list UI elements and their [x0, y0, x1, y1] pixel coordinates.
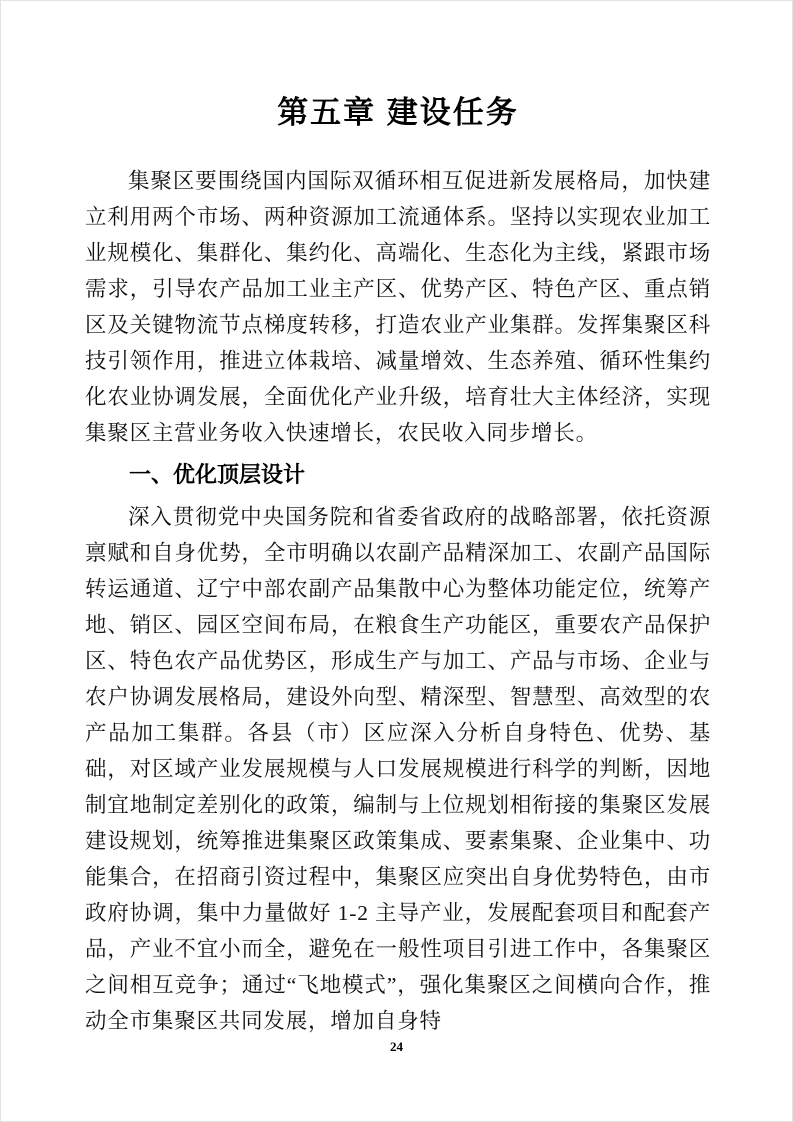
- page-number: 24: [1, 1039, 792, 1055]
- section-heading-1: 一、优化顶层设计: [85, 457, 711, 493]
- document-page: 第五章 建设任务 集聚区要围绕国内国际双循环相互促进新发展格局，加快建立利用两个…: [0, 0, 793, 1122]
- section-1-paragraph: 深入贯彻党中央国务院和省委省政府的战略部署，依托资源禀赋和自身优势，全市明确以农…: [85, 499, 711, 1039]
- intro-paragraph: 集聚区要围绕国内国际双循环相互促进新发展格局，加快建立利用两个市场、两种资源加工…: [85, 163, 711, 451]
- page-content: 第五章 建设任务 集聚区要围绕国内国际双循环相互促进新发展格局，加快建立利用两个…: [85, 1, 711, 1039]
- chapter-title: 第五章 建设任务: [85, 89, 711, 137]
